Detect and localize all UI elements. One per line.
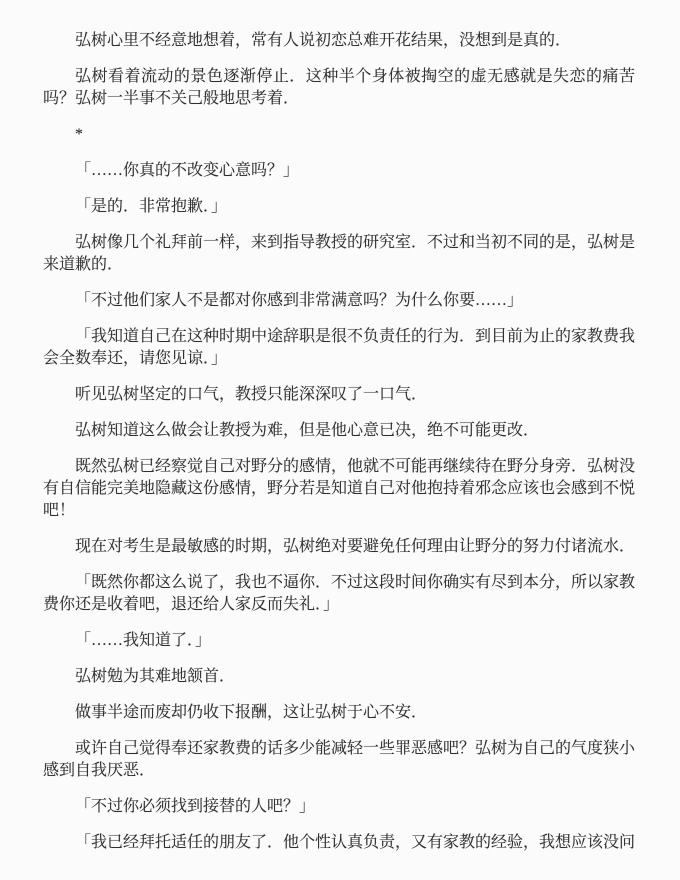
paragraph: 弘树勉为其难地颔首． <box>43 666 635 688</box>
paragraph: 弘树看着流动的景色逐渐停止．这种半个身体被掏空的虚无感就是失恋的痛苦吗？弘树一半… <box>43 66 635 110</box>
paragraph: 「……你真的不改变心意吗？」 <box>43 160 635 182</box>
section-separator: * <box>43 124 635 146</box>
paragraph: 或许自己觉得奉还家教费的话多少能减轻一些罪恶感吧？弘树为自己的气度狭小感到自我厌… <box>43 738 635 782</box>
paragraph: 弘树知道这么做会让教授为难，但是他心意已决，绝不可能更改． <box>43 420 635 442</box>
paragraph: 「既然你都这么说了，我也不逼你．不过这段时间你确实有尽到本分，所以家教费你还是收… <box>43 572 635 616</box>
paragraph: 既然弘树已经察觉自己对野分的感情，他就不可能再继续待在野分身旁．弘树没有自信能完… <box>43 456 635 522</box>
paragraph: 弘树像几个礼拜前一样，来到指导教授的研究室．不过和当初不同的是，弘树是来道歉的． <box>43 232 635 276</box>
paragraph: 弘树心里不经意地想着，常有人说初恋总难开花结果，没想到是真的． <box>43 30 635 52</box>
paragraph: 做事半途而废却仍收下报酬，这让弘树于心不安． <box>43 702 635 724</box>
novel-page: 弘树心里不经意地想着，常有人说初恋总难开花结果，没想到是真的．弘树看着流动的景色… <box>0 0 680 880</box>
paragraph: 现在对考生是最敏感的时期，弘树绝对要避免任何理由让野分的努力付诸流水． <box>43 536 635 558</box>
paragraph: 听见弘树坚定的口气，教授只能深深叹了一口气． <box>43 384 635 406</box>
paragraph: 「我知道自己在这种时期中途辞职是很不负责任的行为．到目前为止的家教费我会全数奉还… <box>43 326 635 370</box>
paragraph: 「我已经拜托适任的朋友了．他个性认真负责，又有家教的经验，我想应该没问 <box>43 832 635 854</box>
paragraph: 「是的．非常抱歉．」 <box>43 196 635 218</box>
paragraph: 「……我知道了．」 <box>43 630 635 652</box>
paragraph: 「不过你必须找到接替的人吧？」 <box>43 796 635 818</box>
paragraph: 「不过他们家人不是都对你感到非常满意吗？为什么你要……」 <box>43 290 635 312</box>
